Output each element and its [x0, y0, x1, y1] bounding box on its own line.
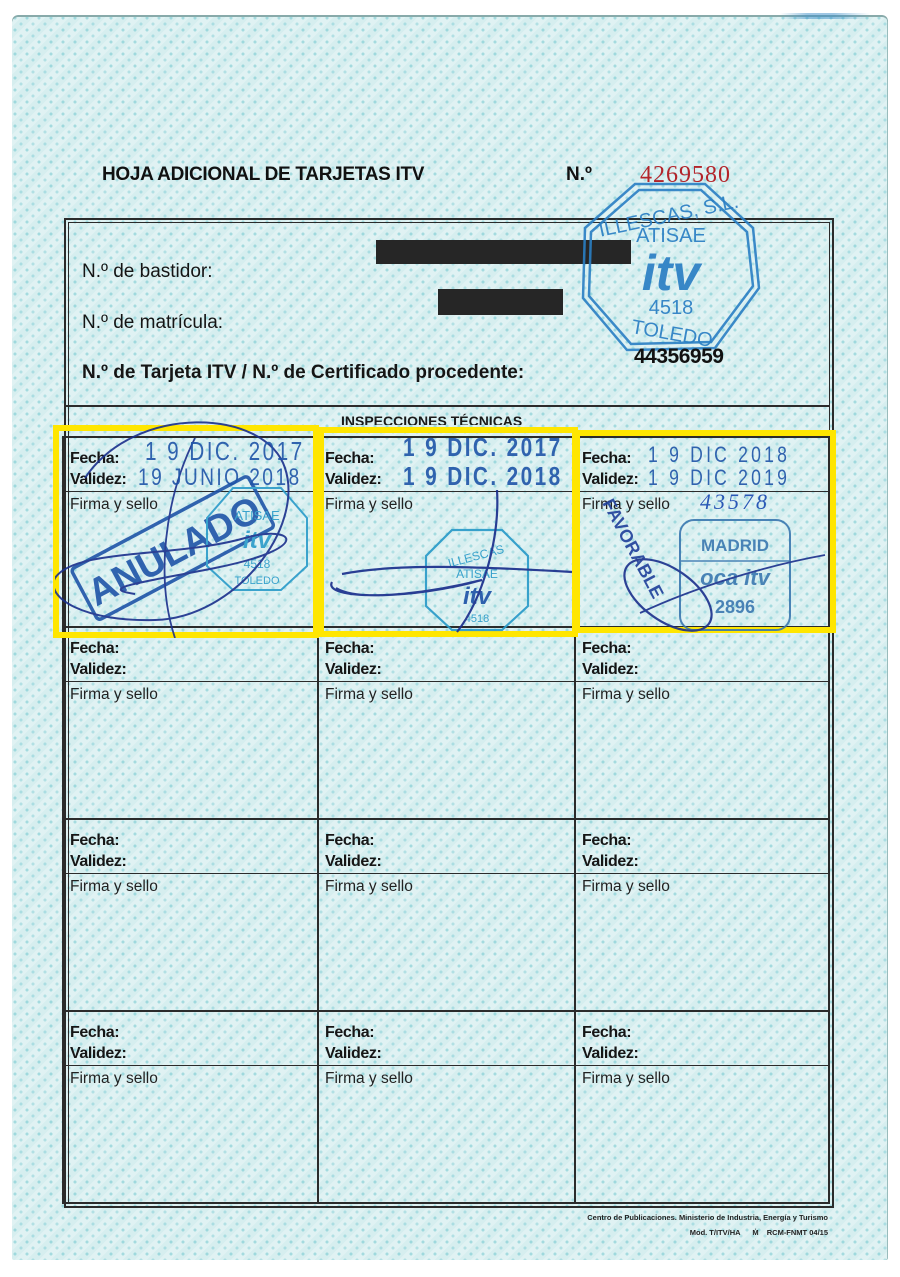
fecha-label: Fecha:: [70, 1024, 119, 1042]
section-title: INSPECCIONES TÉCNICAS: [341, 413, 522, 425]
cell-divider: [64, 681, 317, 682]
inspection-cell: Fecha:Validez:Firma y sello: [62, 818, 319, 1012]
firma-label: Firma y sello: [325, 1070, 413, 1088]
tarjeta-label: N.º de Tarjeta ITV / N.º de Certificado …: [82, 362, 524, 384]
cell2-stamps: ILLESCAS ATISAE itv 4518: [322, 490, 577, 640]
matricula-redacted-value: [438, 289, 563, 315]
fecha-label: Fecha:: [325, 832, 374, 850]
footer-model: Mod. T/ITV/HA Ṁ RCM-FNMT 04/15: [690, 1228, 828, 1237]
firma-label: Firma y sello: [325, 686, 413, 704]
validez-label: Validez:: [325, 1045, 381, 1063]
fecha-label: Fecha:: [582, 1024, 631, 1042]
fecha-label: Fecha:: [70, 832, 119, 850]
madrid-stamp-text: MADRID: [701, 536, 769, 555]
cell-divider: [319, 1065, 574, 1066]
fecha-label: Fecha:: [325, 640, 374, 658]
fecha-label: Fecha:: [582, 832, 631, 850]
fecha-label: Fecha:: [582, 640, 631, 658]
svg-text:TOLEDO: TOLEDO: [234, 575, 279, 587]
inspection-cell: Fecha:Validez:Firma y sello: [574, 626, 830, 820]
svg-text:ATISAE: ATISAE: [636, 225, 706, 247]
model-code: Mod. T/ITV/HA: [690, 1228, 741, 1237]
firma-label: Firma y sello: [325, 878, 413, 896]
document-title: HOJA ADICIONAL DE TARJETAS ITV: [102, 164, 424, 186]
itv-illescas-stamp: ILLESCAS, S.L. ATISAE itv 4518 TOLEDO: [575, 178, 765, 358]
cell-divider: [576, 681, 828, 682]
fecha-label: Fecha:: [325, 1024, 374, 1042]
footer-publisher: Centro de Publicaciones. Ministerio de I…: [587, 1213, 828, 1222]
mint-code: RCM-FNMT 04/15: [767, 1228, 828, 1237]
bastidor-label: N.º de bastidor:: [82, 261, 213, 283]
validez-label: Validez:: [325, 661, 381, 679]
svg-text:itv: itv: [642, 245, 704, 301]
inspection-cell: Fecha:Validez:Firma y sello: [574, 818, 830, 1012]
inspection-cell: Fecha:Validez:Firma y sello: [317, 626, 576, 820]
favorable-stamp-text: FAVORABLE: [598, 495, 667, 601]
cell2-fecha-stamp: 1 9 DIC. 2017: [403, 432, 563, 463]
cell-divider: [319, 681, 574, 682]
cell1-validez-stamp: 19 JUNIO 2018: [138, 464, 302, 492]
validez-label: Validez:: [70, 661, 126, 679]
inspection-cell: Fecha:Validez:Firma y sello: [62, 1010, 319, 1204]
cell1-fecha-stamp: 1 9 DIC. 2017: [145, 436, 305, 467]
cell3-validez-stamp: 1 9 DIC 2019: [648, 465, 790, 491]
inspection-cell: Fecha:Validez:Firma y sello: [317, 1010, 576, 1204]
tarjeta-value: 44356959: [634, 345, 723, 369]
cell-divider: [319, 873, 574, 874]
fnmt-mint-icon: Ṁ: [752, 1228, 758, 1237]
firma-label: Firma y sello: [582, 686, 670, 704]
validez-label: Validez:: [70, 1045, 126, 1063]
matricula-label: N.º de matrícula:: [82, 312, 223, 334]
top-edge-stamp-remnant: [780, 13, 870, 19]
firma-label: Firma y sello: [582, 1070, 670, 1088]
cell-divider: [64, 873, 317, 874]
firma-label: Firma y sello: [70, 1070, 158, 1088]
fecha-label: Fecha:: [70, 640, 119, 658]
firma-label: Firma y sello: [70, 686, 158, 704]
cell-divider: [576, 873, 828, 874]
inspection-cell: Fecha:Validez:Firma y sello: [62, 626, 319, 820]
svg-text:4518: 4518: [649, 297, 694, 319]
validez-label: Validez:: [582, 1045, 638, 1063]
svg-text:2896: 2896: [715, 597, 755, 617]
cell-divider: [64, 1065, 317, 1066]
validez-label: Validez:: [582, 661, 638, 679]
validez-label: Validez:: [582, 853, 638, 871]
svg-text:ATISAE: ATISAE: [234, 508, 280, 523]
validez-label: Validez:: [70, 853, 126, 871]
cell-divider: [576, 1065, 828, 1066]
cell2-validez-stamp: 1 9 DIC. 2018: [403, 461, 563, 492]
inspection-cell: Fecha:Validez:Firma y sello: [574, 1010, 830, 1204]
validez-label: Validez:: [325, 853, 381, 871]
firma-label: Firma y sello: [70, 878, 158, 896]
svg-text:4518: 4518: [244, 557, 271, 571]
inspection-cell: Fecha:Validez:Firma y sello: [317, 818, 576, 1012]
firma-label: Firma y sello: [582, 878, 670, 896]
cell3-stamps: MADRID oca itv 2896 FAVORABLE: [580, 495, 830, 635]
